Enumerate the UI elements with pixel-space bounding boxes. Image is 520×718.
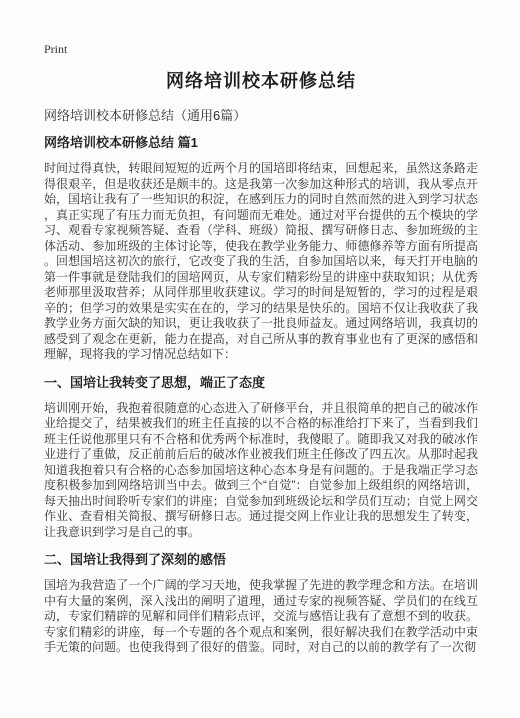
section-heading-1: 一、国培让我转变了思想，端正了态度 [44, 375, 478, 391]
document-subtitle: 网络培训校本研修总结（通用6篇） [44, 108, 478, 124]
document-page: Print 网络培训校本研修总结 网络培训校本研修总结（通用6篇） 网络培训校本… [0, 0, 520, 718]
print-link[interactable]: Print [44, 42, 67, 56]
section-heading-2: 二、国培让我得到了深刻的感悟 [44, 552, 478, 568]
body-paragraph-2: 国培为我营造了一个广阔的学习天地，使我掌握了先进的教学理念和方法。在培训中有大量… [44, 578, 478, 656]
page-title: 网络培训校本研修总结 [44, 70, 478, 92]
body-paragraph-1: 培训刚开始，我抱着很随意的心态进入了研修平台，并且很简单的把自己的破冰作业给提交… [44, 401, 478, 541]
section-heading-part1: 网络培训校本研修总结 篇1 [44, 135, 478, 151]
body-paragraph-intro: 时间过得真快，转眼间短短的近两个月的国培即将结束，回想起来，虽然这条路走得很艰辛… [44, 161, 478, 363]
